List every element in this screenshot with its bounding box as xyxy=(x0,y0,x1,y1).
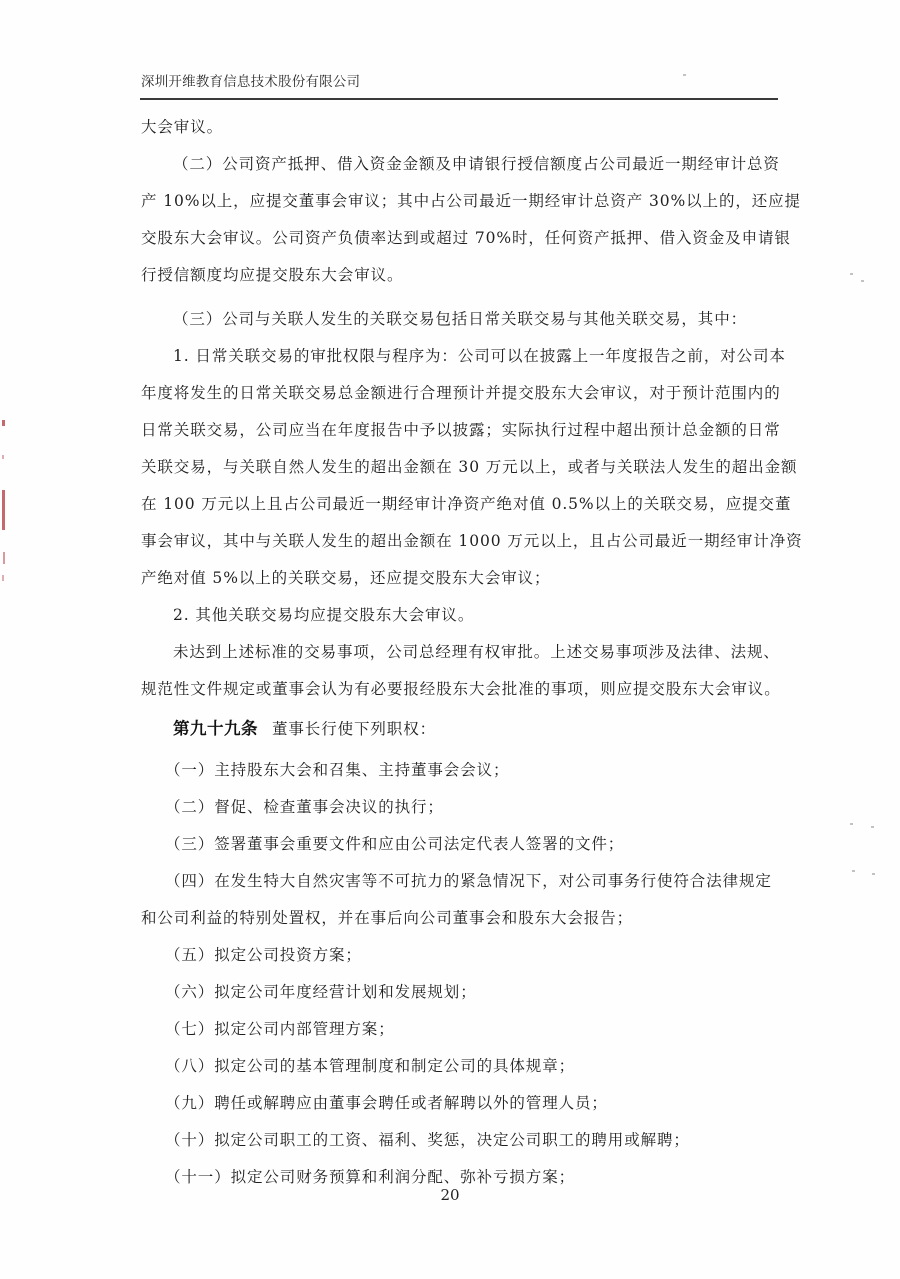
article-item: （一）主持股东大会和召集、主持董事会会议； xyxy=(165,760,509,780)
paragraph-line: 在 100 万元以上且占公司最近一期经审计净资产绝对值 0.5%以上的关联交易，… xyxy=(141,494,791,514)
scan-speck xyxy=(872,873,875,875)
paragraph-line: 关联交易，与关联自然人发生的超出金额在 30 万元以上，或者与关联法人发生的超出… xyxy=(141,457,797,477)
article-item: （二）督促、检查董事会决议的执行； xyxy=(165,797,444,817)
paragraph-line: 规范性文件规定或董事会认为有必要报经股东大会批准的事项，则应提交股东大会审议。 xyxy=(141,679,781,699)
scan-speck xyxy=(683,74,686,76)
paragraph-line: 日常关联交易，公司应当在年度报告中予以披露；实际执行过程中超出预计总金额的日常 xyxy=(141,420,781,440)
document-page: 深圳开维教育信息技术股份有限公司 大会审议。 （二）公司资产抵押、借入资金金额及… xyxy=(0,0,900,1279)
article-item: （十）拟定公司职工的工资、福利、奖惩，决定公司职工的聘用或解聘； xyxy=(165,1130,690,1150)
scan-mark xyxy=(2,420,5,426)
company-header: 深圳开维教育信息技术股份有限公司 xyxy=(141,70,360,90)
scan-mark xyxy=(2,490,5,530)
article-item: （七）拟定公司内部管理方案； xyxy=(165,1019,395,1039)
article-item: （五）拟定公司投资方案； xyxy=(165,945,362,965)
paragraph-line: 大会审议。 xyxy=(141,117,223,137)
article-item: （六）拟定公司年度经营计划和发展规划； xyxy=(165,982,477,1002)
scan-mark xyxy=(2,455,4,459)
article-item: （八）拟定公司的基本管理制度和制定公司的具体规章； xyxy=(165,1056,575,1076)
scan-speck xyxy=(850,823,853,825)
scan-mark xyxy=(3,552,5,564)
paragraph-line: （三）公司与关联人发生的关联交易包括日常关联交易与其他关联交易，其中： xyxy=(173,309,747,329)
paragraph-line: 行授信额度均应提交股东大会审议。 xyxy=(141,265,403,285)
paragraph-line: 产绝对值 5%以上的关联交易，还应提交股东大会审议； xyxy=(141,568,550,588)
page-number: 20 xyxy=(0,1186,900,1204)
article-number: 第九十九条 xyxy=(173,719,258,738)
article-item: （三）签署董事会重要文件和应由公司法定代表人签署的文件； xyxy=(165,834,624,854)
article-title: 董事长行使下列职权： xyxy=(272,720,436,738)
article-item: （九）聘任或解聘应由董事会聘任或者解聘以外的管理人员； xyxy=(165,1093,608,1113)
paragraph-line: 年度将发生的日常关联交易总金额进行合理预计并提交股东大会审议，对于预计范围内的 xyxy=(141,383,781,403)
paragraph-line: 事会审议，其中与关联人发生的超出金额在 1000 万元以上，且占公司最近一期经审… xyxy=(141,531,803,551)
paragraph-line: 1. 日常关联交易的审批权限与程序为：公司可以在披露上一年度报告之前，对公司本 xyxy=(173,346,786,366)
paragraph-line: 交股东大会审议。公司资产负债率达到或超过 70%时，任何资产抵押、借入资金及申请… xyxy=(141,228,791,248)
paragraph-line: （二）公司资产抵押、借入资金金额及申请银行授信额度占公司最近一期经审计总资 xyxy=(173,154,780,174)
article-heading: 第九十九条董事长行使下列职权： xyxy=(173,719,436,739)
article-item: 和公司利益的特别处置权，并在事后向公司董事会和股东大会报告； xyxy=(141,908,633,928)
scan-speck xyxy=(861,280,864,282)
paragraph-line: 产 10%以上，应提交董事会审议；其中占公司最近一期经审计总资产 30%以上的，… xyxy=(141,191,801,211)
paragraph-line: 未达到上述标准的交易事项，公司总经理有权审批。上述交易事项涉及法律、法规、 xyxy=(173,642,780,662)
paragraph-line: 2. 其他关联交易均应提交股东大会审议。 xyxy=(173,605,474,625)
header-divider xyxy=(140,98,778,100)
article-item: （四）在发生特大自然灾害等不可抗力的紧急情况下，对公司事务行使符合法律规定 xyxy=(165,871,772,891)
scan-speck xyxy=(850,273,853,275)
scan-speck xyxy=(852,870,855,872)
scan-mark xyxy=(2,575,4,581)
article-item: （十一）拟定公司财务预算和利润分配、弥补亏损方案； xyxy=(165,1167,575,1187)
scan-speck xyxy=(871,826,874,828)
